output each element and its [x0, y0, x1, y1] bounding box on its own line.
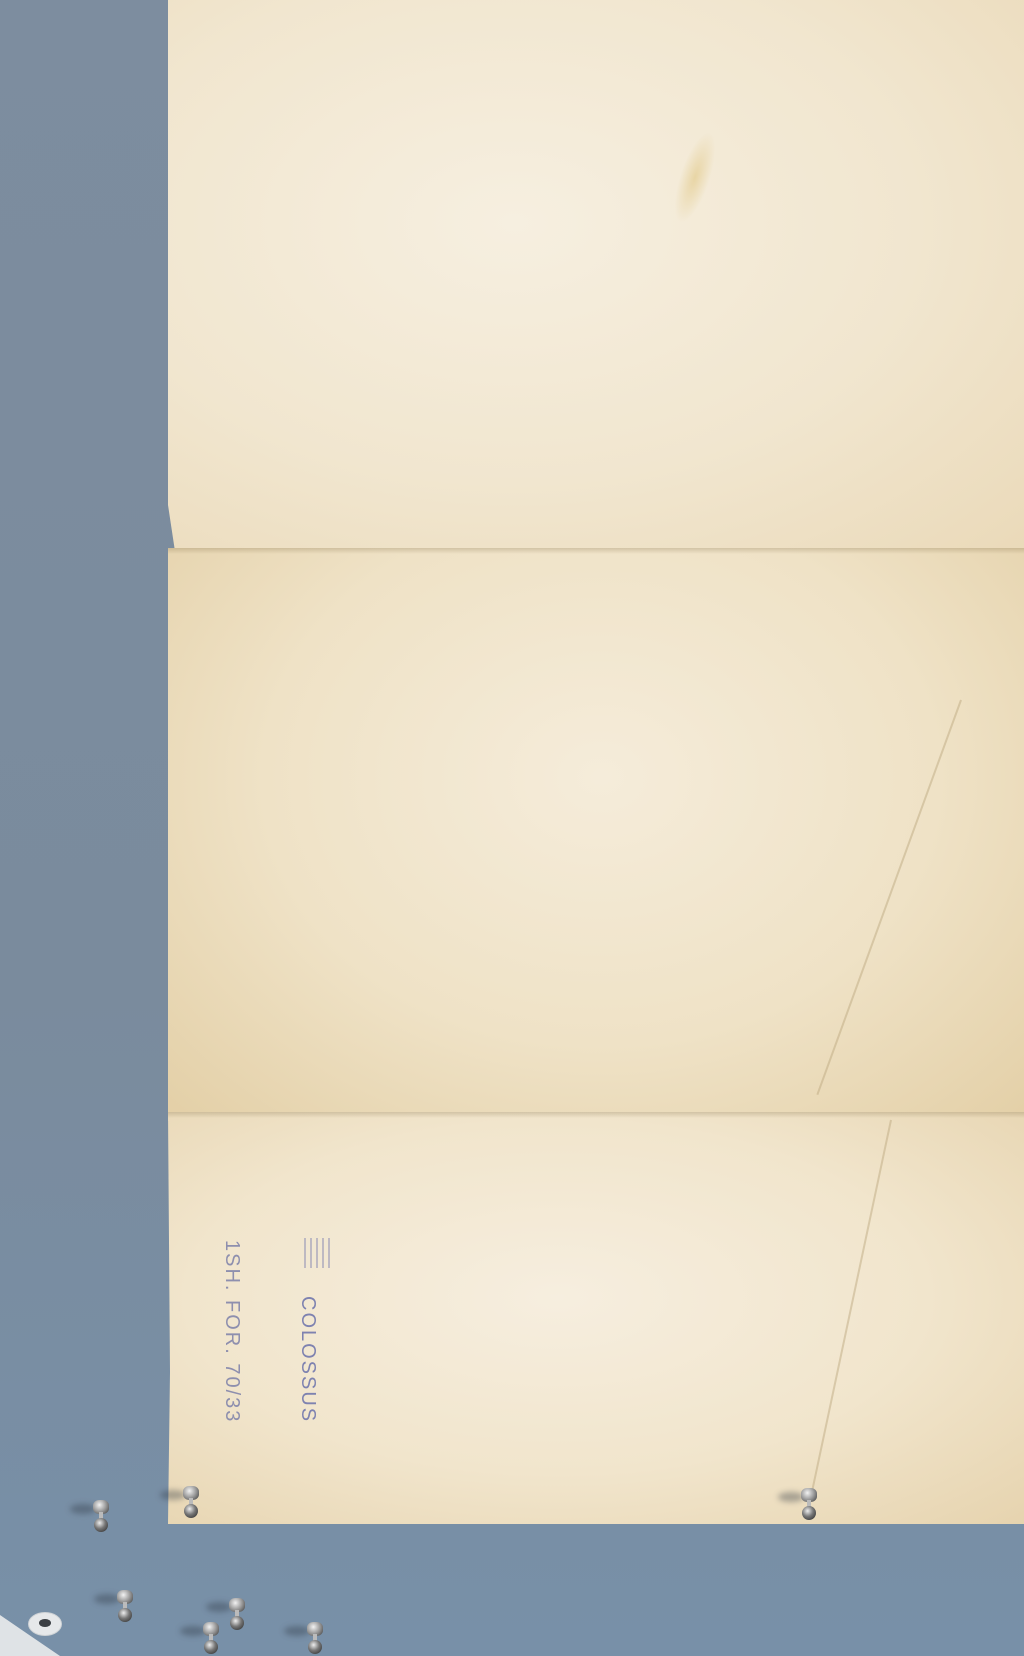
poster-panel-middle — [168, 548, 1024, 1121]
stamp-logo-lines — [304, 1238, 332, 1268]
push-pin-icon — [202, 1622, 220, 1656]
poster-code-stamp: 1SH. FOR. 70/33 — [220, 1240, 243, 1423]
poster-panel-top — [168, 0, 1024, 558]
push-pin-icon — [92, 1500, 110, 1534]
push-pin-icon — [182, 1486, 200, 1520]
push-pin-icon — [228, 1598, 246, 1632]
push-pin-icon — [800, 1488, 818, 1522]
push-pin-icon — [116, 1590, 134, 1624]
push-pin-icon — [306, 1622, 324, 1656]
fold-line — [168, 1112, 1024, 1118]
fold-line — [168, 548, 1024, 554]
distributor-stamp: COLOSSUS — [296, 1296, 319, 1423]
board-hole — [28, 1612, 62, 1636]
